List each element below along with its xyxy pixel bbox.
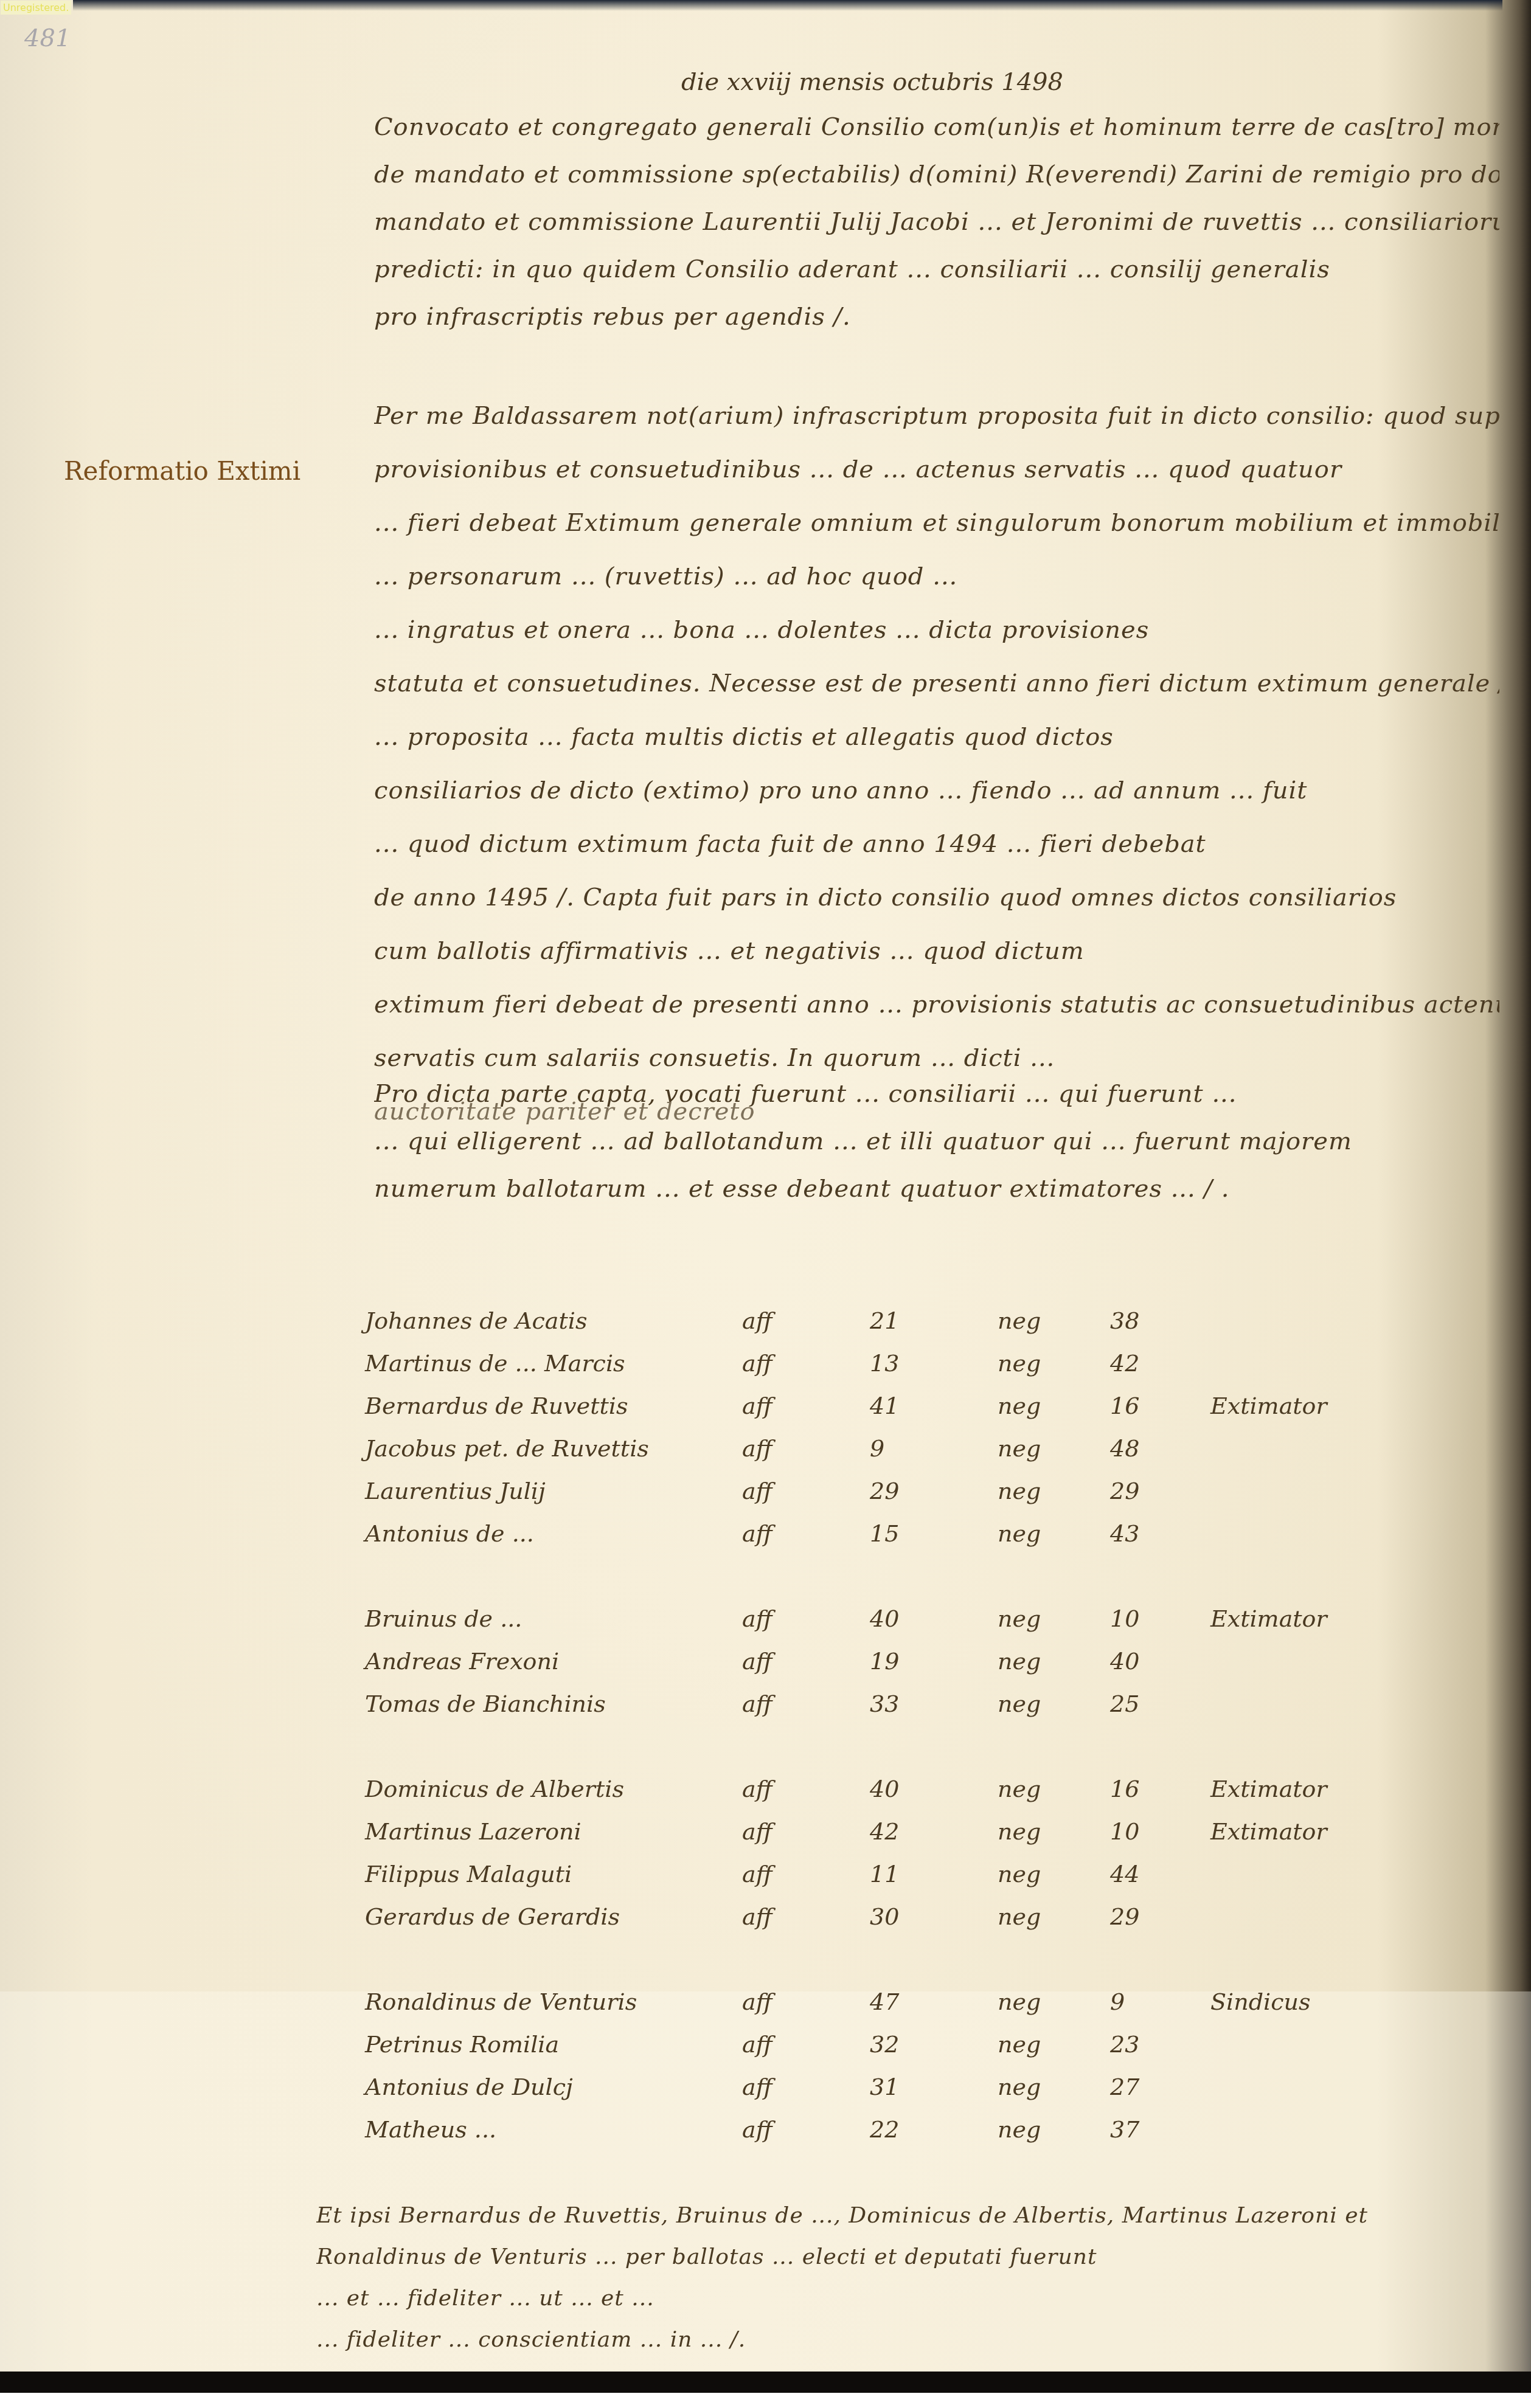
neg-label: neg <box>998 1988 1041 2015</box>
no-count: 38 <box>1110 1307 1139 1334</box>
no-count: 40 <box>1110 1648 1139 1675</box>
text-line: cum ballotis affirmativis ... et negativ… <box>374 924 1499 978</box>
ballot-row: Martinus de ... Marcis aff 13 neg 42 <box>365 1350 1460 1393</box>
aff-label: aff <box>742 1435 772 1462</box>
neg-label: neg <box>998 1648 1041 1675</box>
neg-label: neg <box>998 1903 1041 1930</box>
third-paragraph: Pro dicta parte capta, vocati fuerunt ..… <box>374 1070 1499 1213</box>
page-bottom-edge <box>0 2372 1531 2393</box>
ballot-row: Petrinus Romilia aff 32 neg 23 <box>365 2031 1460 2074</box>
ballot-row: Antonius de Dulcj aff 31 neg 27 <box>365 2074 1460 2116</box>
yes-count: 42 <box>870 1818 899 1845</box>
ballot-row: Matheus ... aff 22 neg 37 <box>365 2116 1460 2159</box>
aff-label: aff <box>742 1520 772 1547</box>
yes-count: 11 <box>870 1861 899 1887</box>
ballot-row: Bruinus de ... aff 40 neg 10 Extimator <box>365 1605 1460 1648</box>
aff-label: aff <box>742 1307 772 1334</box>
aff-label: aff <box>742 2074 772 2100</box>
text-line: consiliarios de dicto (extimo) pro uno a… <box>374 764 1499 817</box>
aff-label: aff <box>742 1648 772 1675</box>
no-count: 23 <box>1110 2031 1139 2058</box>
candidate-name: Petrinus Romilia <box>365 2031 559 2058</box>
group-gap <box>365 1563 1460 1605</box>
no-count: 29 <box>1110 1903 1139 1930</box>
text-line: ... qui elligerent ... ad ballotandum ..… <box>374 1118 1499 1165</box>
neg-label: neg <box>998 1478 1041 1504</box>
aff-label: aff <box>742 1690 772 1717</box>
aff-label: aff <box>742 1861 772 1887</box>
no-count: 48 <box>1110 1435 1139 1462</box>
candidate-name: Martinus de ... Marcis <box>365 1350 625 1377</box>
no-count: 29 <box>1110 1478 1139 1504</box>
ballot-row: Martinus Lazeroni aff 42 neg 10 Extimato… <box>365 1818 1460 1861</box>
candidate-name: Martinus Lazeroni <box>365 1818 582 1845</box>
yes-count: 33 <box>870 1690 899 1717</box>
result-note: Sindicus <box>1210 1988 1310 2015</box>
yes-count: 47 <box>870 1988 899 2015</box>
text-line: Pro dicta parte capta, vocati fuerunt ..… <box>374 1070 1499 1118</box>
binding-shadow-top <box>73 0 1502 11</box>
neg-label: neg <box>998 1520 1041 1547</box>
neg-label: neg <box>998 2031 1041 2058</box>
ballot-row: Tomas de Bianchinis aff 33 neg 25 <box>365 1690 1460 1733</box>
no-count: 44 <box>1110 1861 1139 1887</box>
aff-label: aff <box>742 1818 772 1845</box>
text-line: Et ipsi Bernardus de Ruvettis, Bruinus d… <box>316 2195 1490 2237</box>
unregistered-watermark: Unregistered. <box>1 1 71 15</box>
text-line: ... fideliter ... conscientiam ... in ..… <box>316 2319 1490 2361</box>
opening-paragraph: Convocato et congregato generali Consili… <box>374 103 1499 341</box>
candidate-name: Bernardus de Ruvettis <box>365 1393 628 1419</box>
ballot-row: Laurentius Julij aff 29 neg 29 <box>365 1478 1460 1520</box>
yes-count: 29 <box>870 1478 899 1504</box>
neg-label: neg <box>998 1818 1041 1845</box>
neg-label: neg <box>998 2074 1041 2100</box>
candidate-name: Matheus ... <box>365 2116 496 2143</box>
candidate-name: Andreas Frexoni <box>365 1648 559 1675</box>
neg-label: neg <box>998 1605 1041 1632</box>
neg-label: neg <box>998 1776 1041 1802</box>
no-count: 16 <box>1110 1776 1139 1802</box>
neg-label: neg <box>998 1861 1041 1887</box>
yes-count: 30 <box>870 1903 899 1930</box>
yes-count: 15 <box>870 1520 899 1547</box>
text-line: extimum fieri debeat de presenti anno ..… <box>374 978 1499 1031</box>
closing-paragraph: Et ipsi Bernardus de Ruvettis, Bruinus d… <box>316 2195 1490 2361</box>
text-line: ... et ... fideliter ... ut ... et ... <box>316 2278 1490 2319</box>
text-line: statuta et consuetudines. Necesse est de… <box>374 657 1499 710</box>
no-count: 43 <box>1110 1520 1139 1547</box>
text-line: ... fieri debeat Extimum generale omnium… <box>374 496 1499 550</box>
no-count: 16 <box>1110 1393 1139 1419</box>
neg-label: neg <box>998 1393 1041 1419</box>
result-note: Extimator <box>1210 1393 1327 1419</box>
text-line: ... personarum ... (ruvettis) ... ad hoc… <box>374 550 1499 603</box>
no-count: 42 <box>1110 1350 1139 1377</box>
text-line: ... proposita ... facta multis dictis et… <box>374 710 1499 764</box>
yes-count: 21 <box>870 1307 899 1334</box>
candidate-name: Gerardus de Gerardis <box>365 1903 620 1930</box>
date-heading: die xxviij mensis octubris 1498 <box>681 68 1063 96</box>
candidate-name: Dominicus de Albertis <box>365 1776 624 1802</box>
neg-label: neg <box>998 1435 1041 1462</box>
text-line: predicti: in quo quidem Consilio aderant… <box>374 246 1499 293</box>
ballot-row: Gerardus de Gerardis aff 30 neg 29 <box>365 1903 1460 1946</box>
yes-count: 19 <box>870 1648 899 1675</box>
aff-label: aff <box>742 1605 772 1632</box>
yes-count: 40 <box>870 1776 899 1802</box>
text-line: ... quod dictum extimum facta fuit de an… <box>374 817 1499 871</box>
neg-label: neg <box>998 2116 1041 2143</box>
yes-count: 40 <box>870 1605 899 1632</box>
aff-label: aff <box>742 2116 772 2143</box>
no-count: 25 <box>1110 1690 1139 1717</box>
ballot-row: Filippus Malaguti aff 11 neg 44 <box>365 1861 1460 1903</box>
aff-label: aff <box>742 1988 772 2015</box>
result-note: Extimator <box>1210 1818 1327 1845</box>
second-paragraph: Per me Baldassarem not(arium) infrascrip… <box>374 389 1499 1138</box>
yes-count: 32 <box>870 2031 899 2058</box>
text-line: mandato et commissione Laurentii Julij J… <box>374 198 1499 246</box>
ballot-row: Bernardus de Ruvettis aff 41 neg 16 Exti… <box>365 1393 1460 1435</box>
candidate-name: Tomas de Bianchinis <box>365 1690 606 1717</box>
yes-count: 13 <box>870 1350 899 1377</box>
folio-number: 481 <box>24 24 71 52</box>
text-line: Ronaldinus de Venturis ... per ballotas … <box>316 2237 1490 2278</box>
candidate-name: Johannes de Acatis <box>365 1307 587 1334</box>
yes-count: 41 <box>870 1393 899 1419</box>
no-count: 10 <box>1110 1605 1139 1632</box>
text-line: Per me Baldassarem not(arium) infrascrip… <box>374 389 1499 443</box>
aff-label: aff <box>742 1350 772 1377</box>
result-note: Extimator <box>1210 1776 1327 1802</box>
aff-label: aff <box>742 1903 772 1930</box>
no-count: 10 <box>1110 1818 1139 1845</box>
yes-count: 22 <box>870 2116 899 2143</box>
candidate-name: Laurentius Julij <box>365 1478 546 1504</box>
text-line: ... ingratus et onera ... bona ... dolen… <box>374 603 1499 657</box>
neg-label: neg <box>998 1307 1041 1334</box>
no-count: 9 <box>1110 1988 1125 2015</box>
result-note: Extimator <box>1210 1605 1327 1632</box>
yes-count: 31 <box>870 2074 899 2100</box>
aff-label: aff <box>742 1478 772 1504</box>
text-line: Convocato et congregato generali Consili… <box>374 103 1499 151</box>
manuscript-page: Unregistered. 481 die xxviij mensis octu… <box>0 0 1531 2393</box>
group-gap <box>365 1733 1460 1776</box>
margin-note: Reformatio Extimi <box>64 456 300 486</box>
no-count: 27 <box>1110 2074 1139 2100</box>
candidate-name: Bruinus de ... <box>365 1605 522 1632</box>
text-line: numerum ballotarum ... et esse debeant q… <box>374 1165 1499 1213</box>
neg-label: neg <box>998 1690 1041 1717</box>
candidate-name: Filippus Malaguti <box>365 1861 572 1887</box>
yes-count: 9 <box>870 1435 884 1462</box>
text-line: de mandato et commissione sp(ectabilis) … <box>374 151 1499 198</box>
aff-label: aff <box>742 1393 772 1419</box>
ballot-row: Jacobus pet. de Ruvettis aff 9 neg 48 <box>365 1435 1460 1478</box>
ballot-row: Andreas Frexoni aff 19 neg 40 <box>365 1648 1460 1690</box>
text-line: provisionibus et consuetudinibus ... de … <box>374 443 1499 496</box>
ballot-table: Johannes de Acatis aff 21 neg 38 Martinu… <box>365 1307 1460 2159</box>
group-gap <box>365 1946 1460 1988</box>
text-line: de anno 1495 /. Capta fuit pars in dicto… <box>374 871 1499 924</box>
no-count: 37 <box>1110 2116 1139 2143</box>
ballot-row: Antonius de ... aff 15 neg 43 <box>365 1520 1460 1563</box>
candidate-name: Ronaldinus de Venturis <box>365 1988 637 2015</box>
ballot-row: Ronaldinus de Venturis aff 47 neg 9 Sind… <box>365 1988 1460 2031</box>
neg-label: neg <box>998 1350 1041 1377</box>
ballot-row: Dominicus de Albertis aff 40 neg 16 Exti… <box>365 1776 1460 1818</box>
candidate-name: Antonius de ... <box>365 1520 534 1547</box>
aff-label: aff <box>742 2031 772 2058</box>
text-line: pro infrascriptis rebus per agendis /. <box>374 293 1499 341</box>
ballot-row: Johannes de Acatis aff 21 neg 38 <box>365 1307 1460 1350</box>
candidate-name: Jacobus pet. de Ruvettis <box>365 1435 649 1462</box>
candidate-name: Antonius de Dulcj <box>365 2074 573 2100</box>
aff-label: aff <box>742 1776 772 1802</box>
